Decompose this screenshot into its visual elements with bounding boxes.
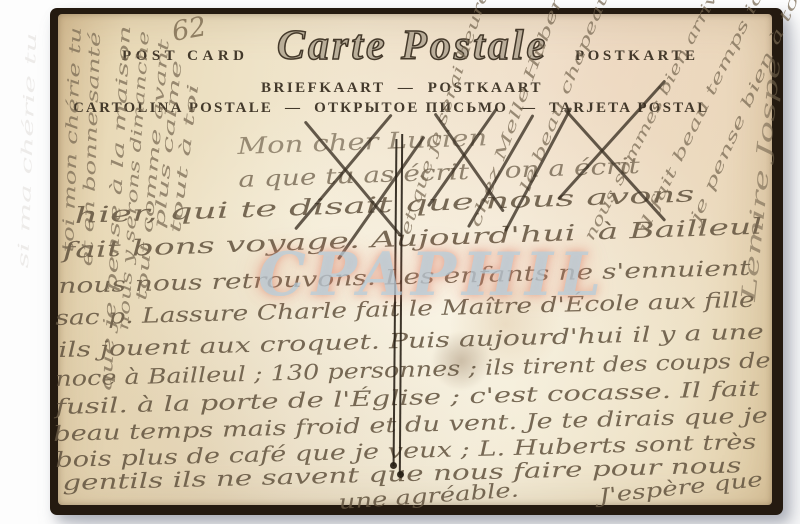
divider-ink-blob [397, 471, 404, 478]
handwriting-note: si ma chérie tu [16, 32, 39, 268]
divider-ink-blob [390, 462, 397, 469]
watermark: CPAPHIL [258, 240, 607, 310]
scan-background: POST CARD Carte Postale POSTKARTE BRIEFK… [0, 0, 800, 524]
